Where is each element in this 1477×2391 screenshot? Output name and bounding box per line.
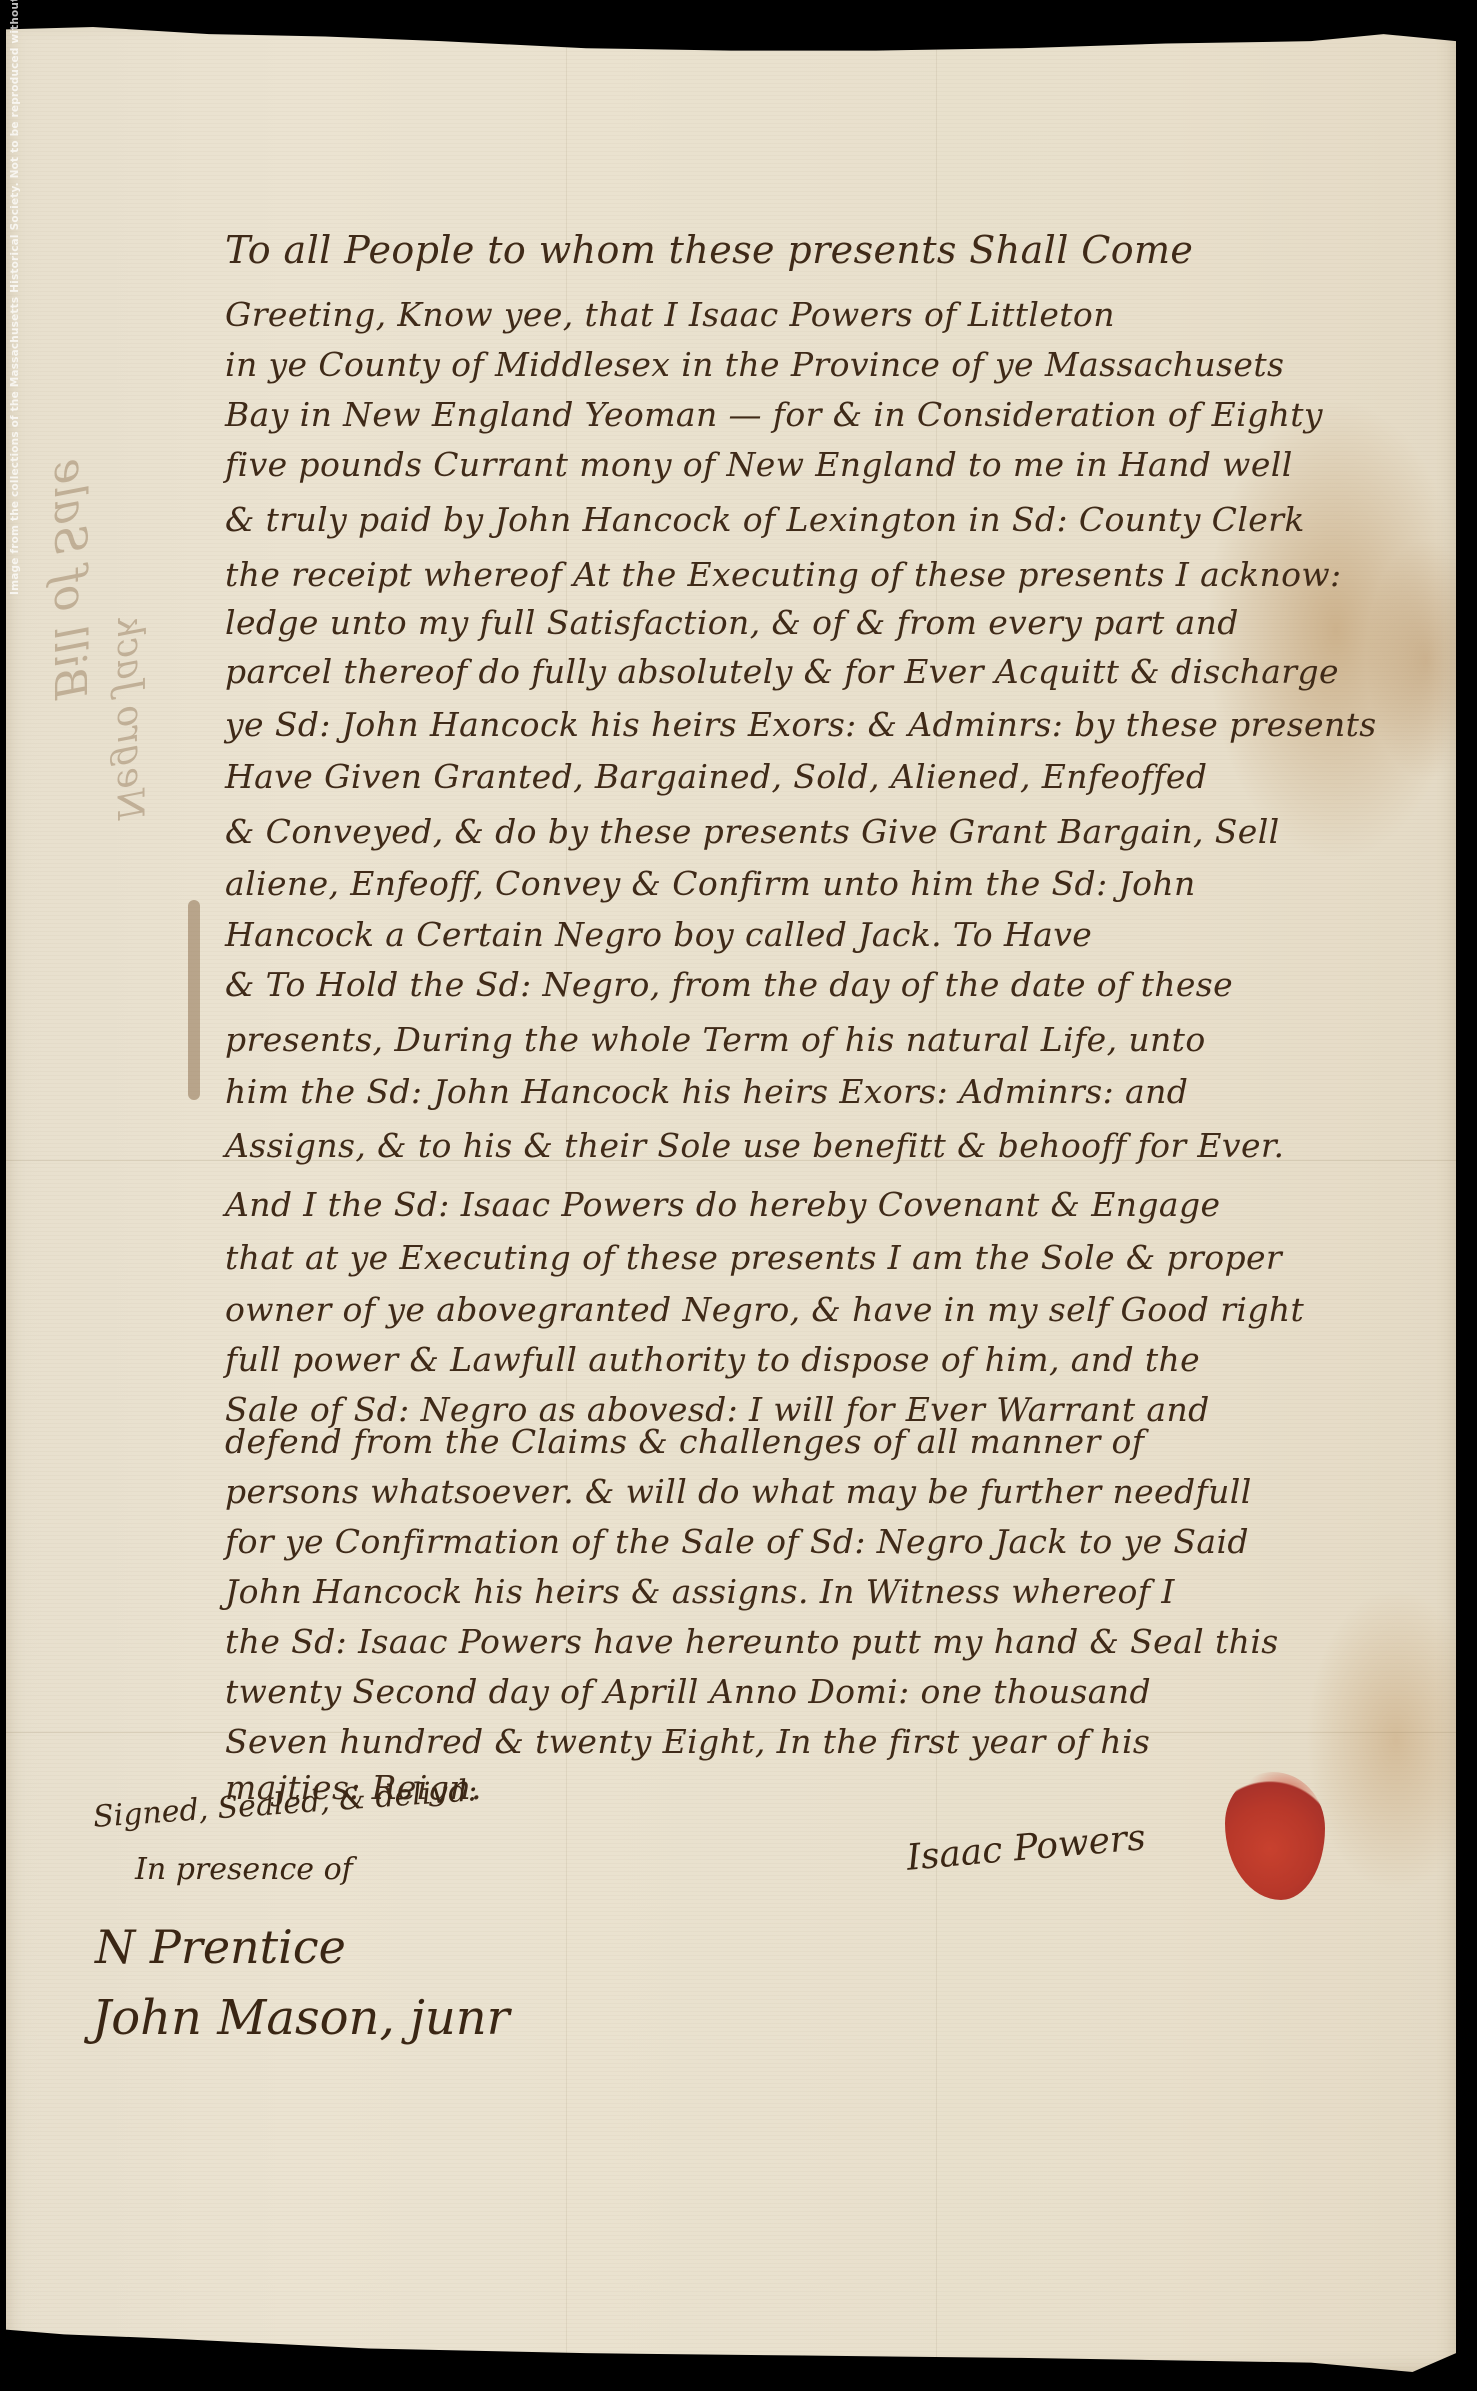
body-line: Greeting, Know yee, that I Isaac Powers … — [225, 295, 1115, 334]
body-line: persons whatsoever. & will do what may b… — [225, 1472, 1252, 1511]
body-line: for ye Confirmation of the Sale of Sd: N… — [225, 1522, 1249, 1561]
bleed-through-endorsement-2: Negro Jack — [109, 616, 150, 820]
attestation-clause-2: In presence of — [135, 1852, 353, 1887]
body-line: presents, During the whole Term of his n… — [225, 1020, 1206, 1059]
body-line: full power & Lawfull authority to dispos… — [225, 1340, 1200, 1379]
body-line: the Sd: Isaac Powers have hereunto putt … — [225, 1622, 1279, 1661]
body-line: in ye County of Middlesex in the Provinc… — [225, 345, 1284, 384]
body-line: defend from the Claims & challenges of a… — [225, 1422, 1144, 1461]
body-line: & To Hold the Sd: Negro, from the day of… — [225, 965, 1233, 1004]
witness-signature-mason: John Mason, junr — [92, 1990, 510, 2046]
body-line: Assigns, & to his & their Sole use benef… — [225, 1126, 1284, 1165]
body-line: twenty Second day of Aprill Anno Domi: o… — [225, 1672, 1151, 1711]
body-line: parcel thereof do fully absolutely & for… — [225, 652, 1339, 691]
bleed-through-endorsement: Bill of Sale — [44, 458, 95, 700]
body-line: To all People to whom these presents Sha… — [225, 228, 1193, 272]
body-line: Hancock a Certain Negro boy called Jack.… — [225, 915, 1092, 954]
body-line: five pounds Currant mony of New England … — [225, 445, 1293, 484]
witness-signature-prentice: N Prentice — [95, 1920, 346, 1974]
body-line: that at ye Executing of these presents I… — [225, 1238, 1282, 1277]
body-line: ye Sd: John Hancock his heirs Exors: & A… — [225, 705, 1377, 744]
copyright-watermark: Image from the collections of the Massac… — [9, 0, 21, 595]
body-line: And I the Sd: Isaac Powers do hereby Cov… — [225, 1185, 1220, 1224]
body-line: ledge unto my full Satisfaction, & of & … — [225, 603, 1239, 642]
body-line: aliene, Enfeoff, Convey & Confirm unto h… — [225, 864, 1196, 903]
body-line: John Hancock his heirs & assigns. In Wit… — [225, 1572, 1175, 1611]
body-line: Bay in New England Yeoman — for & in Con… — [225, 395, 1323, 434]
body-line: owner of ye abovegranted Negro, & have i… — [225, 1290, 1304, 1329]
body-line: him the Sd: John Hancock his heirs Exors… — [225, 1072, 1188, 1111]
ink-stroke-mark — [188, 900, 200, 1100]
body-line: Have Given Granted, Bargained, Sold, Ali… — [225, 757, 1207, 796]
body-line: the receipt whereof At the Executing of … — [225, 555, 1342, 594]
body-line: & Conveyed, & do by these presents Give … — [225, 812, 1280, 851]
body-line: & truly paid by John Hancock of Lexingto… — [225, 500, 1305, 539]
body-line: Seven hundred & twenty Eight, In the fir… — [225, 1722, 1150, 1761]
